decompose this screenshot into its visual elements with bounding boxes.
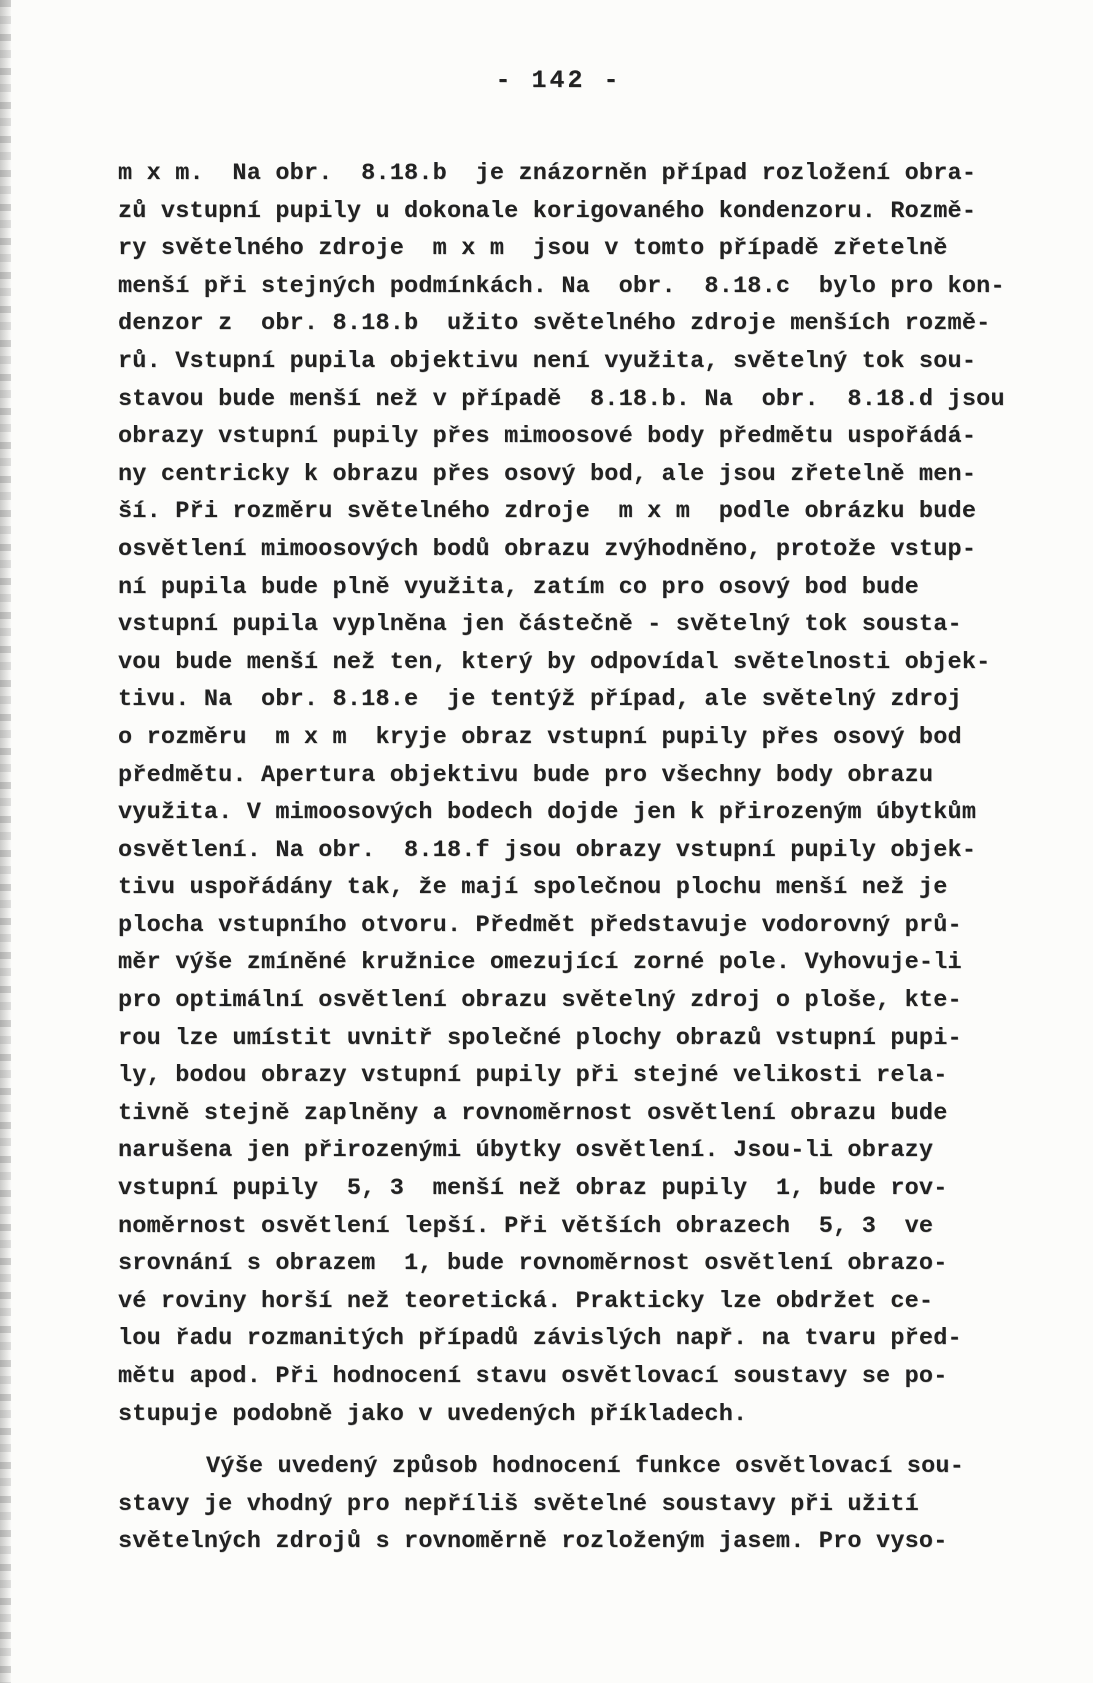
text-line: předmětu. Apertura objektivu bude pro vš… — [118, 757, 998, 795]
text-line: noměrnost osvětlení lepší. Při větších o… — [118, 1208, 998, 1246]
text-line: stavou bude menší než v případě 8.18.b. … — [118, 381, 998, 419]
text-line: m x m. Na obr. 8.18.b je znázorněn přípa… — [118, 155, 998, 193]
text-line: osvětlení mimoosových bodů obrazu zvýhod… — [118, 531, 998, 569]
paragraph-2: Výše uvedený způsob hodnocení funkce osv… — [118, 1448, 998, 1561]
text-line: o rozměru m x m kryje obraz vstupní pupi… — [118, 719, 998, 757]
text-line: stavy je vhodný pro nepříliš světelné so… — [118, 1486, 998, 1524]
text-line: ny centricky k obrazu přes osový bod, al… — [118, 456, 998, 494]
page-number: - 142 - — [12, 66, 1093, 95]
text-line: obrazy vstupní pupily přes mimoosové bod… — [118, 418, 998, 456]
text-line: zů vstupní pupily u dokonale korigovanéh… — [118, 193, 998, 231]
text-line: využita. V mimoosových bodech dojde jen … — [118, 794, 998, 832]
document-body: m x m. Na obr. 8.18.b je znázorněn přípa… — [118, 155, 998, 1561]
text-line: vé roviny horší než teoretická. Praktick… — [118, 1283, 998, 1321]
text-line: ní pupila bude plně využita, zatím co pr… — [118, 569, 998, 607]
text-line: mětu apod. Při hodnocení stavu osvětlova… — [118, 1358, 998, 1396]
text-line: lou řadu rozmanitých případů závislých n… — [118, 1320, 998, 1358]
text-line: vstupní pupila vyplněna jen částečně - s… — [118, 606, 998, 644]
text-line: tivně stejně zaplněny a rovnoměrnost osv… — [118, 1095, 998, 1133]
paragraph-1: m x m. Na obr. 8.18.b je znázorněn přípa… — [118, 155, 998, 1433]
text-line: vstupní pupily 5, 3 menší než obraz pupi… — [118, 1170, 998, 1208]
text-line: osvětlení. Na obr. 8.18.f jsou obrazy vs… — [118, 832, 998, 870]
text-line: stupuje podobně jako v uvedených příklad… — [118, 1396, 998, 1434]
text-line: menší při stejných podmínkách. Na obr. 8… — [118, 268, 998, 306]
text-line: ší. Při rozměru světelného zdroje m x m … — [118, 493, 998, 531]
text-line: srovnání s obrazem 1, bude rovnoměrnost … — [118, 1245, 998, 1283]
text-line: pro optimální osvětlení obrazu světelný … — [118, 982, 998, 1020]
scan-edge-artifact — [0, 0, 11, 1683]
text-line: ly, bodou obrazy vstupní pupily při stej… — [118, 1057, 998, 1095]
text-line: světelných zdrojů s rovnoměrně rozložený… — [118, 1523, 998, 1561]
text-line: rou lze umístit uvnitř společné plochy o… — [118, 1020, 998, 1058]
text-line: plocha vstupního otvoru. Předmět předsta… — [118, 907, 998, 945]
document-page: - 142 - m x m. Na obr. 8.18.b je znázorn… — [0, 0, 1093, 1683]
text-line: vou bude menší než ten, který by odpovíd… — [118, 644, 998, 682]
text-line: ry světelného zdroje m x m jsou v tomto … — [118, 230, 998, 268]
text-line: denzor z obr. 8.18.b užito světelného zd… — [118, 305, 998, 343]
text-line: narušena jen přirozenými úbytky osvětlen… — [118, 1132, 998, 1170]
text-line: tivu. Na obr. 8.18.e je tentýž případ, a… — [118, 681, 998, 719]
text-line: rů. Vstupní pupila objektivu není využit… — [118, 343, 998, 381]
text-line: tivu uspořádány tak, že mají společnou p… — [118, 869, 998, 907]
text-line: měr výše zmíněné kružnice omezující zorn… — [118, 944, 998, 982]
text-line: Výše uvedený způsob hodnocení funkce osv… — [118, 1448, 998, 1486]
